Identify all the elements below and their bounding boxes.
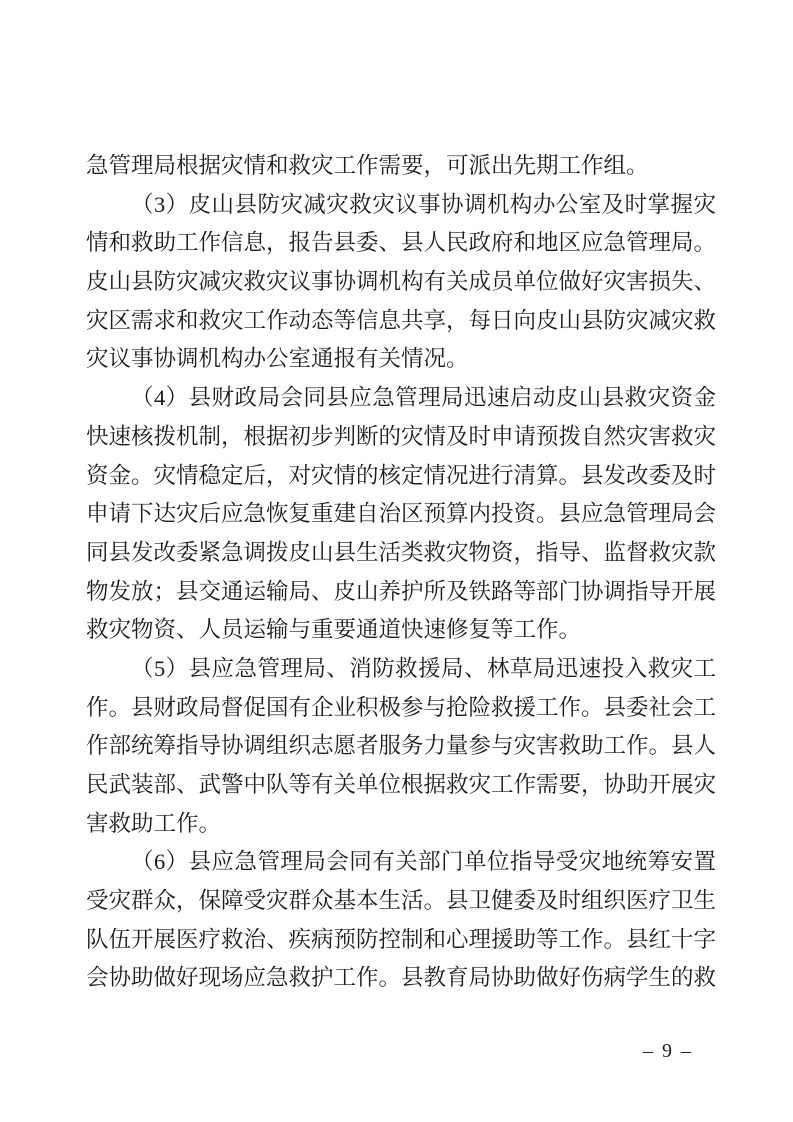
text-line: 同县发改委紧急调拨皮山县生活类救灾物资，指导、监督救灾款 <box>86 534 716 573</box>
paragraph: （5）县应急管理局、消防救援局、林草局迅速投入救灾工作。县财政局督促国有企业积极… <box>86 650 716 843</box>
text-line: 会协助做好现场应急救护工作。县教育局协助做好伤病学生的救 <box>86 959 716 998</box>
text-line: （5）县应急管理局、消防救援局、林草局迅速投入救灾工 <box>86 650 716 689</box>
paragraph: （4）县财政局会同县应急管理局迅速启动皮山县救灾资金快速核拨机制，根据初步判断的… <box>86 379 716 650</box>
text-line: 物发放；县交通运输局、皮山养护所及铁路等部门协调指导开展 <box>86 573 716 612</box>
text-line: 情和救助工作信息，报告县委、县人民政府和地区应急管理局。 <box>86 224 716 263</box>
text-line: 资金。灾情稳定后，对灾情的核定情况进行清算。县发改委及时 <box>86 457 716 496</box>
text-line: 灾区需求和救灾工作动态等信息共享，每日向皮山县防灾减灾救 <box>86 302 716 341</box>
text-line: （3）皮山县防灾减灾救灾议事协调机构办公室及时掌握灾 <box>86 186 716 225</box>
text-line: 作部统筹指导协调组织志愿者服务力量参与灾害救助工作。县人 <box>86 727 716 766</box>
text-line: 受灾群众，保障受灾群众基本生活。县卫健委及时组织医疗卫生 <box>86 882 716 921</box>
text-line: 害救助工作。 <box>86 805 716 844</box>
paragraph: 急管理局根据灾情和救灾工作需要，可派出先期工作组。 <box>86 147 716 186</box>
paragraph: （3）皮山县防灾减灾救灾议事协调机构办公室及时掌握灾情和救助工作信息，报告县委、… <box>86 186 716 379</box>
text-line: （4）县财政局会同县应急管理局迅速启动皮山县救灾资金 <box>86 379 716 418</box>
text-line: 队伍开展医疗救治、疾病预防控制和心理援助等工作。县红十字 <box>86 921 716 960</box>
paragraph: （6）县应急管理局会同有关部门单位指导受灾地统筹安置受灾群众，保障受灾群众基本生… <box>86 843 716 998</box>
text-line: 作。县财政局督促国有企业积极参与抢险救援工作。县委社会工 <box>86 689 716 728</box>
body-text: 急管理局根据灾情和救灾工作需要，可派出先期工作组。（3）皮山县防灾减灾救灾议事协… <box>86 147 716 998</box>
text-line: 快速核拨机制，根据初步判断的灾情及时申请预拨自然灾害救灾 <box>86 418 716 457</box>
document-page: 急管理局根据灾情和救灾工作需要，可派出先期工作组。（3）皮山县防灾减灾救灾议事协… <box>0 0 793 1122</box>
text-line: 民武装部、武警中队等有关单位根据救灾工作需要，协助开展灾 <box>86 766 716 805</box>
text-line: 灾议事协调机构办公室通报有关情况。 <box>86 340 716 379</box>
page-number: – 9 – <box>638 1040 698 1063</box>
text-line: 皮山县防灾减灾救灾议事协调机构有关成员单位做好灾害损失、 <box>86 263 716 302</box>
text-line: 救灾物资、人员运输与重要通道快速修复等工作。 <box>86 611 716 650</box>
text-line: 申请下达灾后应急恢复重建自治区预算内投资。县应急管理局会 <box>86 495 716 534</box>
text-line: 急管理局根据灾情和救灾工作需要，可派出先期工作组。 <box>86 147 716 186</box>
text-line: （6）县应急管理局会同有关部门单位指导受灾地统筹安置 <box>86 843 716 882</box>
